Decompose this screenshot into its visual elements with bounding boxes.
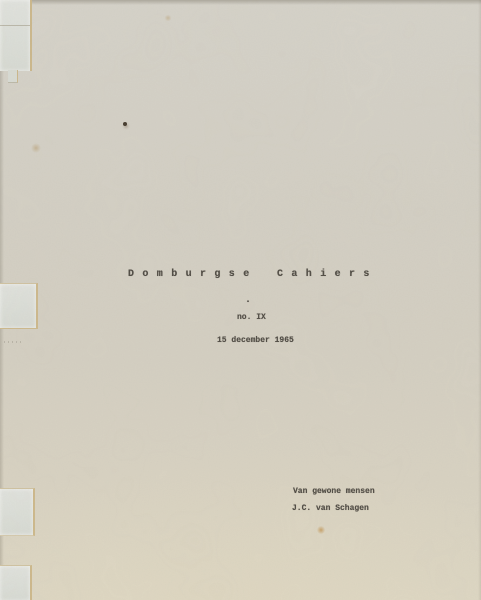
tape-top-left-tab	[8, 70, 18, 83]
bottom-foxing-stain	[317, 526, 325, 534]
author-name: J.C. van Schagen	[292, 504, 369, 514]
faint-pencil-marks	[4, 341, 24, 343]
scanned-document-cover: Domburgse Cahiers . no. IX 15 december 1…	[0, 0, 481, 600]
tape-bottom-left	[0, 565, 32, 600]
work-title: Van gewone mensen	[293, 487, 375, 497]
tape-left-upper	[0, 283, 38, 329]
separator-dot: .	[245, 295, 251, 307]
tape-top-left	[0, 0, 32, 71]
left-foxing-stain	[31, 143, 41, 153]
publication-date: 15 december 1965	[217, 336, 294, 346]
page-top-edge	[0, 0, 481, 5]
document-title: Domburgse Cahiers	[128, 269, 378, 281]
issue-number: no. IX	[237, 313, 266, 323]
ink-speck-stain	[123, 122, 127, 126]
top-faint-stain	[164, 15, 172, 21]
paper-texture	[0, 0, 481, 600]
tape-left-lower	[0, 488, 35, 536]
